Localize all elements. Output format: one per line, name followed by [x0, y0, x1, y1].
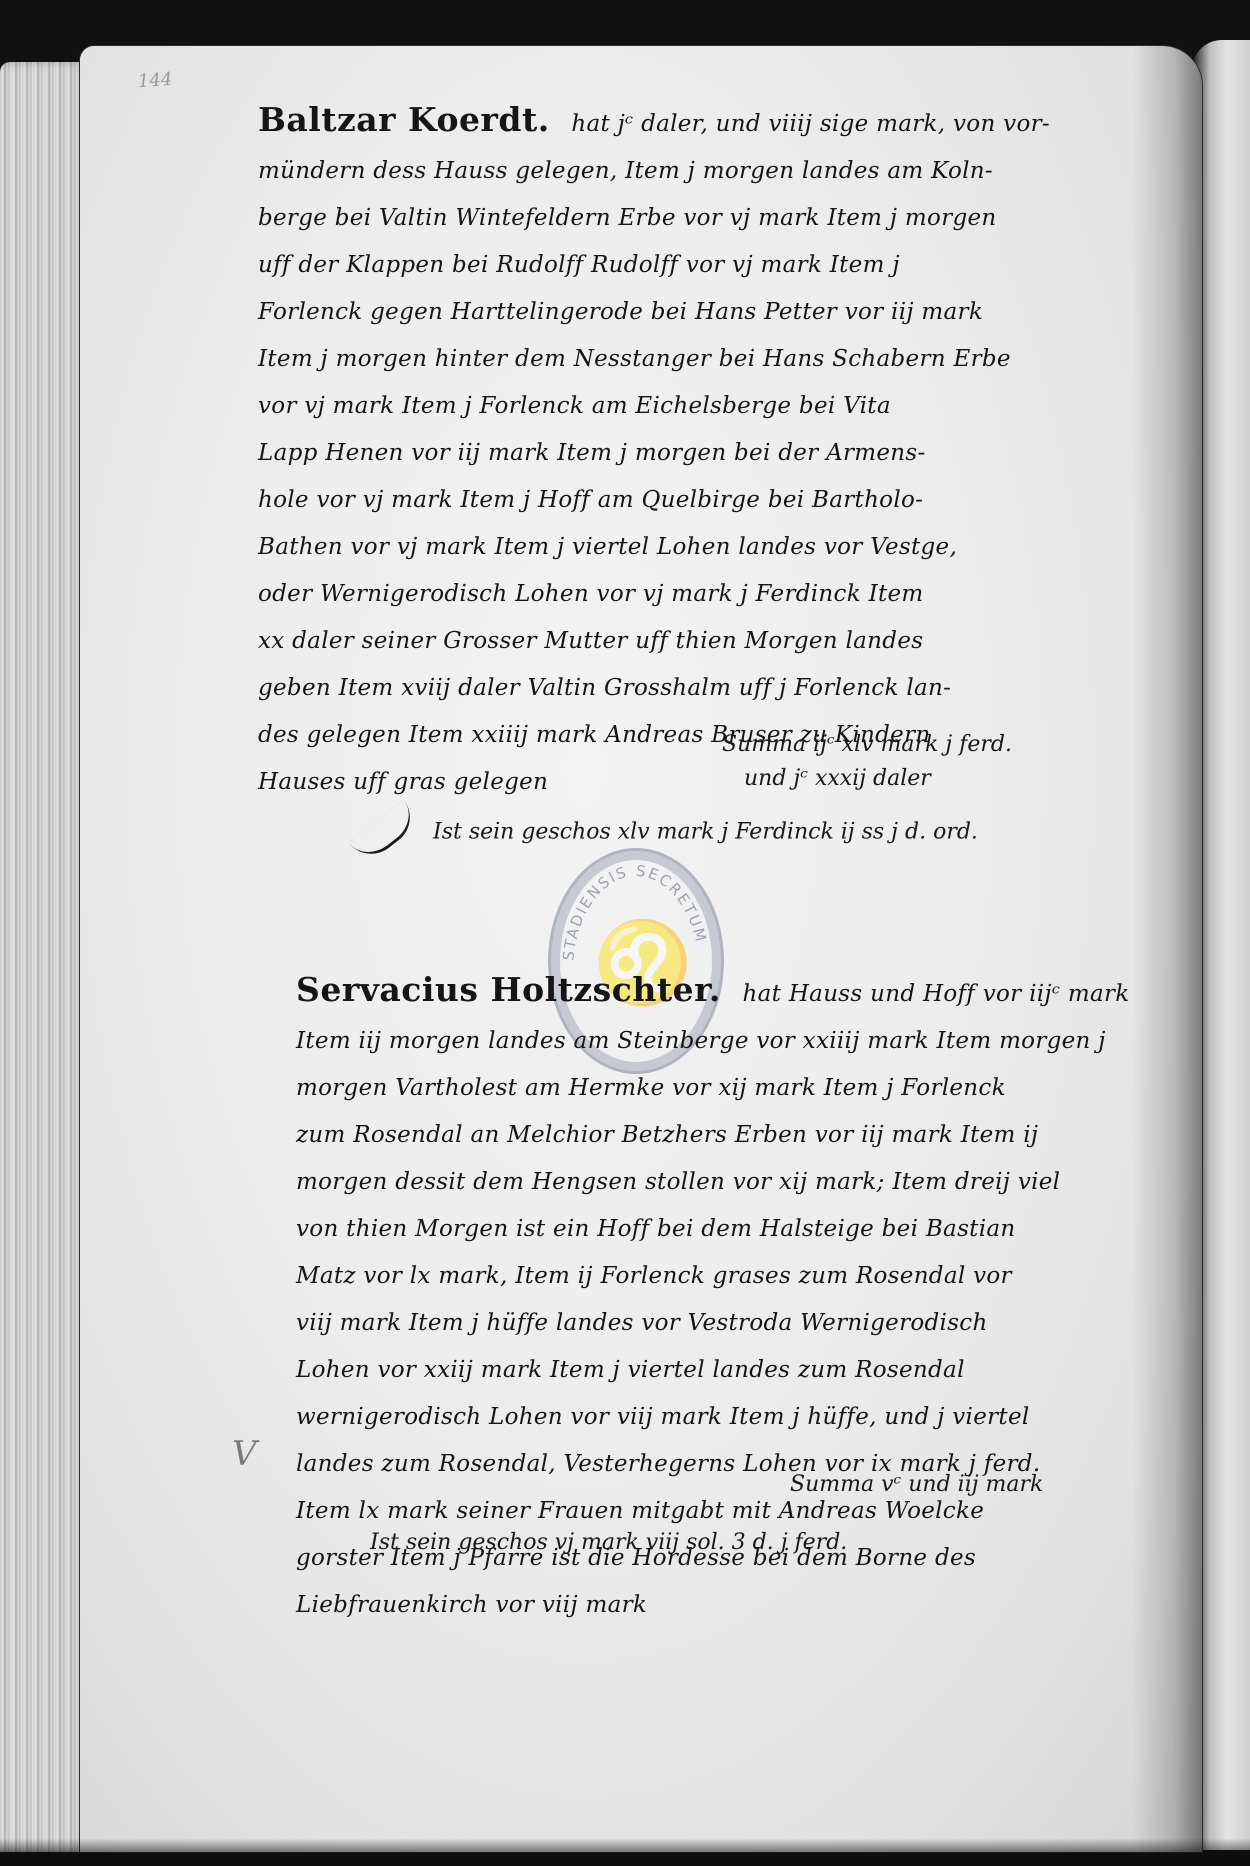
- entry-line: xx daler seiner Grosser Mutter uff thien…: [258, 618, 1050, 665]
- tax-note: Ist sein geschos xlv mark j Ferdinck ij …: [350, 818, 978, 847]
- entry-line: Lohen vor xxiij mark Item j viertel land…: [296, 1347, 1130, 1394]
- tax-note-text: Ist sein geschos vj mark viij sol. 3 d. …: [370, 1530, 847, 1555]
- entry-line: viij mark Item j hüffe landes vor Vestro…: [296, 1300, 1130, 1347]
- manuscript-photo: 144 Baltzar Koerdt. hat jᶜ daler, und vi…: [0, 0, 1250, 1866]
- entry-line: Liebfrauenkirch vor viij mark: [296, 1582, 1130, 1629]
- entry-heading: Servacius Holtzschter.: [296, 970, 721, 1009]
- summary-line: Summa vᶜ und iij mark: [790, 1468, 1043, 1502]
- entry-line: berge bei Valtin Wintefeldern Erbe vor v…: [258, 195, 1050, 242]
- entry-line: wernigerodisch Lohen vor viij mark Item …: [296, 1394, 1130, 1441]
- entry-first-line: Servacius Holtzschter. hat Hauss und Hof…: [296, 966, 1130, 1018]
- entry-line: zum Rosendal an Melchior Betzhers Erben …: [296, 1112, 1130, 1159]
- summary-line: Summa ijᶜ xlv mark j ferd.: [722, 728, 1012, 762]
- entry-line: Item j morgen hinter dem Nesstanger bei …: [258, 336, 1050, 383]
- entry-line: Item iij morgen landes am Steinberge vor…: [296, 1018, 1130, 1065]
- entry-baltzar-koerdt: Baltzar Koerdt. hat jᶜ daler, und viiij …: [258, 96, 1050, 806]
- entry-line: hat Hauss und Hoff vor iijᶜ mark: [743, 981, 1130, 1007]
- summary-line: und jᶜ xxxij daler: [722, 762, 1012, 796]
- entry-first-line: Baltzar Koerdt. hat jᶜ daler, und viiij …: [258, 96, 1050, 148]
- entry-line: geben Item xviij daler Valtin Grosshalm …: [258, 665, 1050, 712]
- entry-line: hat jᶜ daler, und viiij sige mark, von v…: [571, 111, 1050, 137]
- entry-line: Lapp Henen vor iij mark Item j morgen be…: [258, 430, 1050, 477]
- margin-checkmark: V: [232, 1434, 257, 1474]
- entry-line: vor vj mark Item j Forlenck am Eichelsbe…: [258, 383, 1050, 430]
- entry-line: Bathen vor vj mark Item j viertel Lohen …: [258, 524, 1050, 571]
- entry-summary: Summa ijᶜ xlv mark j ferd. und jᶜ xxxij …: [722, 728, 1012, 796]
- entry-line: oder Wernigerodisch Lohen vor vj mark j …: [258, 571, 1050, 618]
- tax-note: Ist sein geschos vj mark viij sol. 3 d. …: [370, 1530, 847, 1555]
- entry-line: Forlenck gegen Harttelingerode bei Hans …: [258, 289, 1050, 336]
- page-number: 144: [137, 69, 173, 92]
- entry-line: morgen dessit dem Hengsen stollen vor xi…: [296, 1159, 1130, 1206]
- entry-line: von thien Morgen ist ein Hoff bei dem Ha…: [296, 1206, 1130, 1253]
- tax-note-text: Ist sein geschos xlv mark j Ferdinck ij …: [433, 820, 978, 845]
- stacked-page-edges: [0, 62, 88, 1852]
- entry-line: Matz vor lx mark, Item ij Forlenck grase…: [296, 1253, 1130, 1300]
- binding-shadow: [0, 1838, 1250, 1866]
- entry-line: hole vor vj mark Item j Hoff am Quelbirg…: [258, 477, 1050, 524]
- entry-summary: Summa vᶜ und iij mark: [790, 1468, 1043, 1502]
- entry-line: uff der Klappen bei Rudolff Rudolff vor …: [258, 242, 1050, 289]
- entry-line: mündern dess Hauss gelegen, Item j morge…: [258, 148, 1050, 195]
- entry-line: morgen Vartholest am Hermke vor xij mark…: [296, 1065, 1130, 1112]
- entry-heading: Baltzar Koerdt.: [258, 100, 550, 139]
